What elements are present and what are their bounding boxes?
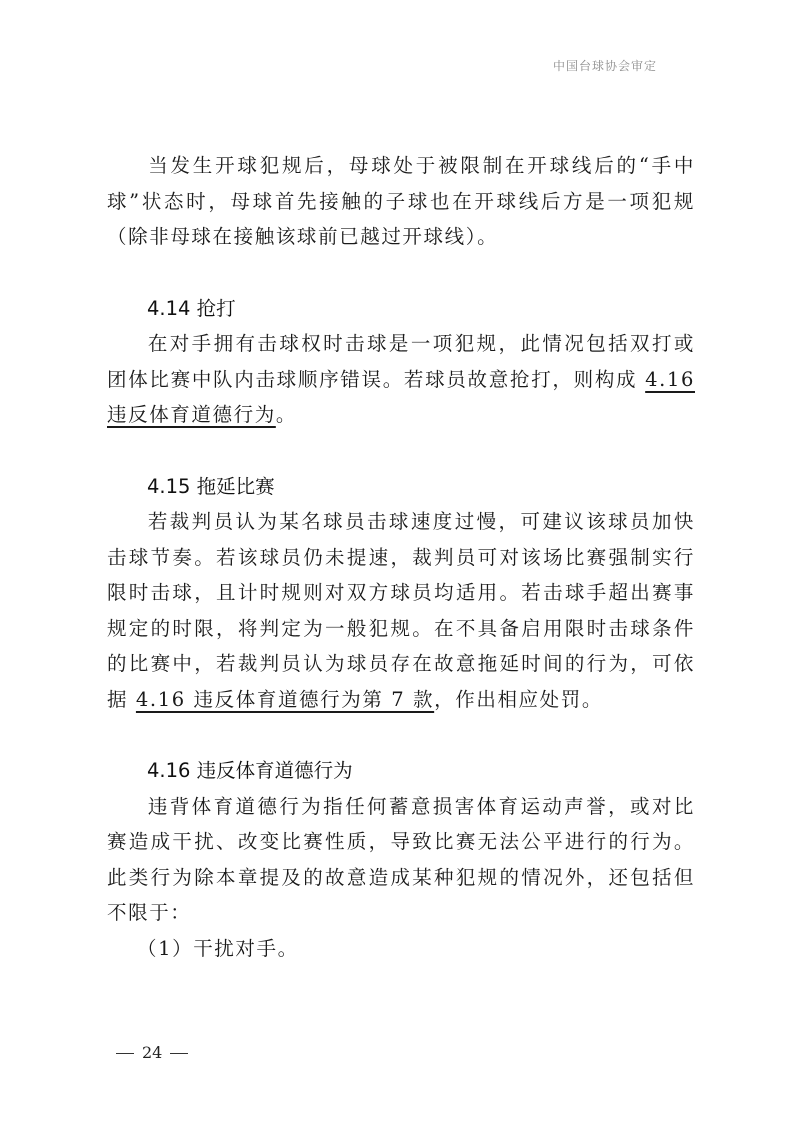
section-heading-4-14: 4.14 抢打 bbox=[107, 291, 695, 327]
page-footer: 24 bbox=[108, 1043, 196, 1062]
section-heading-4-15: 4.15 拖延比赛 bbox=[107, 469, 695, 505]
section-heading-4-16: 4.16 违反体育道德行为 bbox=[107, 753, 695, 789]
intro-paragraph: 当发生开球犯规后，母球处于被限制在开球线后的“手中球”状态时，母球首先接触的子球… bbox=[107, 148, 695, 255]
cross-reference-link[interactable]: 4.16 违反体育道德行为第 7 款 bbox=[136, 688, 434, 711]
document-body: 当发生开球犯规后，母球处于被限制在开球线后的“手中球”状态时，母球首先接触的子球… bbox=[107, 148, 695, 966]
body-text: 在对手拥有击球权时击球是一项犯规，此情况包括双打或团体比赛中队内击球顺序错误。若… bbox=[107, 332, 695, 391]
page-number: 24 bbox=[142, 1043, 162, 1062]
body-text: 违背体育道德行为指任何蓄意损害体育运动声誉，或对比赛造成干扰、改变比赛性质，导致… bbox=[107, 795, 695, 925]
list-item: （1）干扰对手。 bbox=[107, 931, 695, 967]
body-text: 若裁判员认为某名球员击球速度过慢，可建议该球员加快击球节奏。若该球员仍未提速，裁… bbox=[107, 510, 695, 711]
dash-decoration bbox=[116, 1053, 134, 1054]
intro-line-3: 母球在接触该球前已越过开球线）。 bbox=[170, 225, 498, 248]
body-text: ，作出相应处罚。 bbox=[434, 688, 603, 711]
dash-decoration bbox=[170, 1053, 188, 1054]
list-item-text: （1）干扰对手。 bbox=[137, 937, 299, 960]
body-text: 。 bbox=[276, 403, 297, 426]
section-body-4-16: 违背体育道德行为指任何蓄意损害体育运动声誉，或对比赛造成干扰、改变比赛性质，导致… bbox=[107, 789, 695, 931]
document-header: 中国台球协会审定 bbox=[553, 57, 657, 74]
section-body-4-15: 若裁判员认为某名球员击球速度过慢，可建议该球员加快击球节奏。若该球员仍未提速，裁… bbox=[107, 504, 695, 717]
section-body-4-14: 在对手拥有击球权时击球是一项犯规，此情况包括双打或团体比赛中队内击球顺序错误。若… bbox=[107, 326, 695, 433]
